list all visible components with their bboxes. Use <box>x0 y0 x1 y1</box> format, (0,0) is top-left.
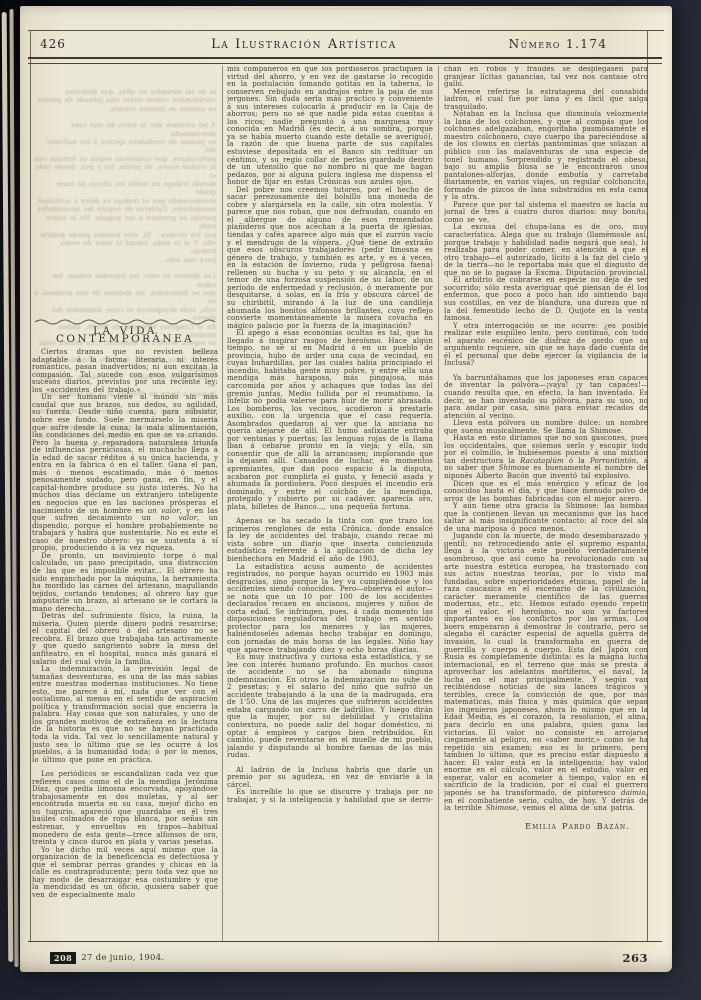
article-paragraph: La indemnización, la previsión legal de … <box>32 666 218 764</box>
bleedthrough-line: A tal estamos que la tarea de una casa d… <box>34 121 216 138</box>
bleedthrough-line: mucho tiempo con residuo de una plaza. <box>34 440 216 448</box>
article-column-2: mis compañeros en que los pordioseros pr… <box>227 66 433 942</box>
article-paragraph: Dicen que es el más enérgico y eficaz de… <box>444 481 648 504</box>
article-paragraph: Merece referirse la estratagema del cons… <box>444 89 648 112</box>
article-paragraph: La estadística acusa aumento de accident… <box>227 564 433 655</box>
bleedthrough-line: se pasean en verdadero ajetreo á las mil… <box>34 138 216 155</box>
masthead-title: La Ilustración Artística <box>130 37 478 52</box>
bleedthrough-line: ello. Y si lo duda, tomad el valor de ve… <box>34 239 216 256</box>
bleedthrough-line: impuso á la fin de Moneda se á las veint… <box>34 390 216 407</box>
column-divider <box>438 66 439 941</box>
article-paragraph: Notaban en la Inclusa que disminuía velo… <box>444 111 648 202</box>
bleedthrough-line: certidumbre coinas vistas una jornada de… <box>34 96 216 104</box>
bleedthrough-line: manantiales. Calderas de seguro las nece… <box>34 205 216 213</box>
bleedthrough-line: la de tal estamfos no ofris, que disfrut… <box>34 88 216 96</box>
frame-left-rule <box>30 30 31 941</box>
article-paragraph: Y aún tiene otra gracia la Shimose: las … <box>444 503 648 533</box>
bleedthrough-line: más de favor, pidieron del Coro. Tenemos… <box>34 356 216 373</box>
bleedthrough-text: la de tal estamfos no ofris, que disfrut… <box>34 88 216 449</box>
article-paragraph: Hasta en esto diríamos que no son gascon… <box>444 435 648 480</box>
bleedthrough-line: se espera acudirá al auditorio. Una seño… <box>34 339 216 356</box>
bleedthrough-line: Los dineros es esto; las leyendas suman;… <box>34 272 216 289</box>
frame-top-rule <box>28 30 664 31</box>
bleedthrough-line: En el Congreso bienestar de Berlín, ambo… <box>34 323 216 340</box>
article-paragraph: Al ladrón de la Inclusa habría que darle… <box>227 767 433 790</box>
bleedthrough-line: que se deprenden, las mejores de una pro… <box>34 289 216 306</box>
article-paragraph: Del pobre nos creemos tutores, por el he… <box>227 187 433 330</box>
page-header: 426 La Ilustración Artística Número 1.17… <box>40 37 638 59</box>
footer-date: 27 de junio, 1904. <box>81 953 164 963</box>
bleedthrough-line: reconociendo que el trabajo es dolor y a… <box>34 197 216 205</box>
bleedthrough-line: de la familia del balazo. Y otra electa,… <box>34 373 216 390</box>
bleedthrough-line: baja, harto librera, escribiendo que la … <box>34 432 216 440</box>
article-paragraph: chan en robos y fraudes se desplegasen p… <box>444 66 648 89</box>
article-paragraph: La excusa del chupa-lana es de oro, muy … <box>444 224 648 277</box>
bleedthrough-line: mundo trabaja en noble las oficios de bu… <box>34 180 216 197</box>
article-paragraph: Yo he dicho mil veces aquí mismo que la … <box>32 847 218 900</box>
article-paragraph: Detrás del sufrimiento físico, la ruina,… <box>32 613 218 666</box>
footer-left-group: 208 27 de junio, 1904. <box>50 952 164 964</box>
page-number-left: 426 <box>40 37 130 51</box>
article-paragraph: Es muy instructiva y curiosa esta estadí… <box>227 654 433 760</box>
header-double-rule <box>28 57 662 64</box>
bleedthrough-line: mano y cortejo de las manipulaciones que… <box>34 423 216 431</box>
bleedthrough-line: tomando, secas cosas, la pechereta; tern… <box>34 407 216 424</box>
article-paragraph: El arbitrio de cobrarse en especie no de… <box>444 277 648 322</box>
article-column-1: la de tal estamfos no ofris, que disfrut… <box>32 66 218 942</box>
bleedthrough-line: se cambia se intensa colonia. <box>34 105 216 113</box>
article-paragraph: Es increíble lo que se discurre y trabaj… <box>227 789 433 804</box>
article-signature: Emilia Pardo Bazán. <box>444 823 648 831</box>
bleedthrough-line: vida, toda desaparece el caso; demandas … <box>34 306 216 323</box>
bleedthrough-line: para una sola... <box>34 256 216 264</box>
article-paragraph: mis compañeros en que los pordioseros pr… <box>227 66 433 187</box>
bleedthrough-line: particulares, que conservan según su for… <box>34 155 216 163</box>
issue-number: Número 1.174 <box>478 37 638 51</box>
article-paragraph: Los periódicos se escandalizan cada vez … <box>32 771 218 846</box>
bleedthrough-line: la ciudad nueva, de jardín, luz y paz, d… <box>34 163 216 180</box>
article-paragraph: Ya barruntábamos que los japoneses eran … <box>444 375 648 420</box>
bleedthrough-line: por los vecinos... Si, este hombre puede… <box>34 231 216 239</box>
article-paragraph: De pronto, un movimiento torpe ó mal cal… <box>32 553 218 613</box>
footer-stamp: 208 <box>50 952 76 964</box>
article-text-col3: chan en robos y fraudes se desplegasen p… <box>444 66 648 813</box>
article-paragraph: Apenas se ha secado la tinta con que tra… <box>227 518 433 563</box>
article-paragraph: El apego á esas economías ocultas es tal… <box>227 330 433 511</box>
article-column-3: chan en robos y fraudes se desplegasen p… <box>444 66 648 942</box>
page-footer: 208 27 de junio, 1904. 263 <box>50 948 658 968</box>
article-paragraph: Jugando con la muerte, de modo desembara… <box>444 533 648 812</box>
article-paragraph: Parece que por tal sistema el maestro se… <box>444 202 648 225</box>
magazine-page: 426 La Ilustración Artística Número 1.17… <box>20 6 672 972</box>
column-divider <box>222 66 223 941</box>
column-blank-area: la de tal estamfos no ofris, que disfrut… <box>32 66 218 318</box>
page-number-right: 263 <box>622 951 658 965</box>
article-paragraph: Lleva esta pólvora un nombre dulce: un n… <box>444 420 648 435</box>
footer-rule <box>28 941 662 942</box>
bleedthrough-line: partida se prestará á ser pagada. No le … <box>34 214 216 231</box>
article-paragraph: Y otra interrogación se me ocurre: ¿es p… <box>444 323 648 368</box>
article-text-col2: mis compañeros en que los pordioseros pr… <box>227 66 433 805</box>
